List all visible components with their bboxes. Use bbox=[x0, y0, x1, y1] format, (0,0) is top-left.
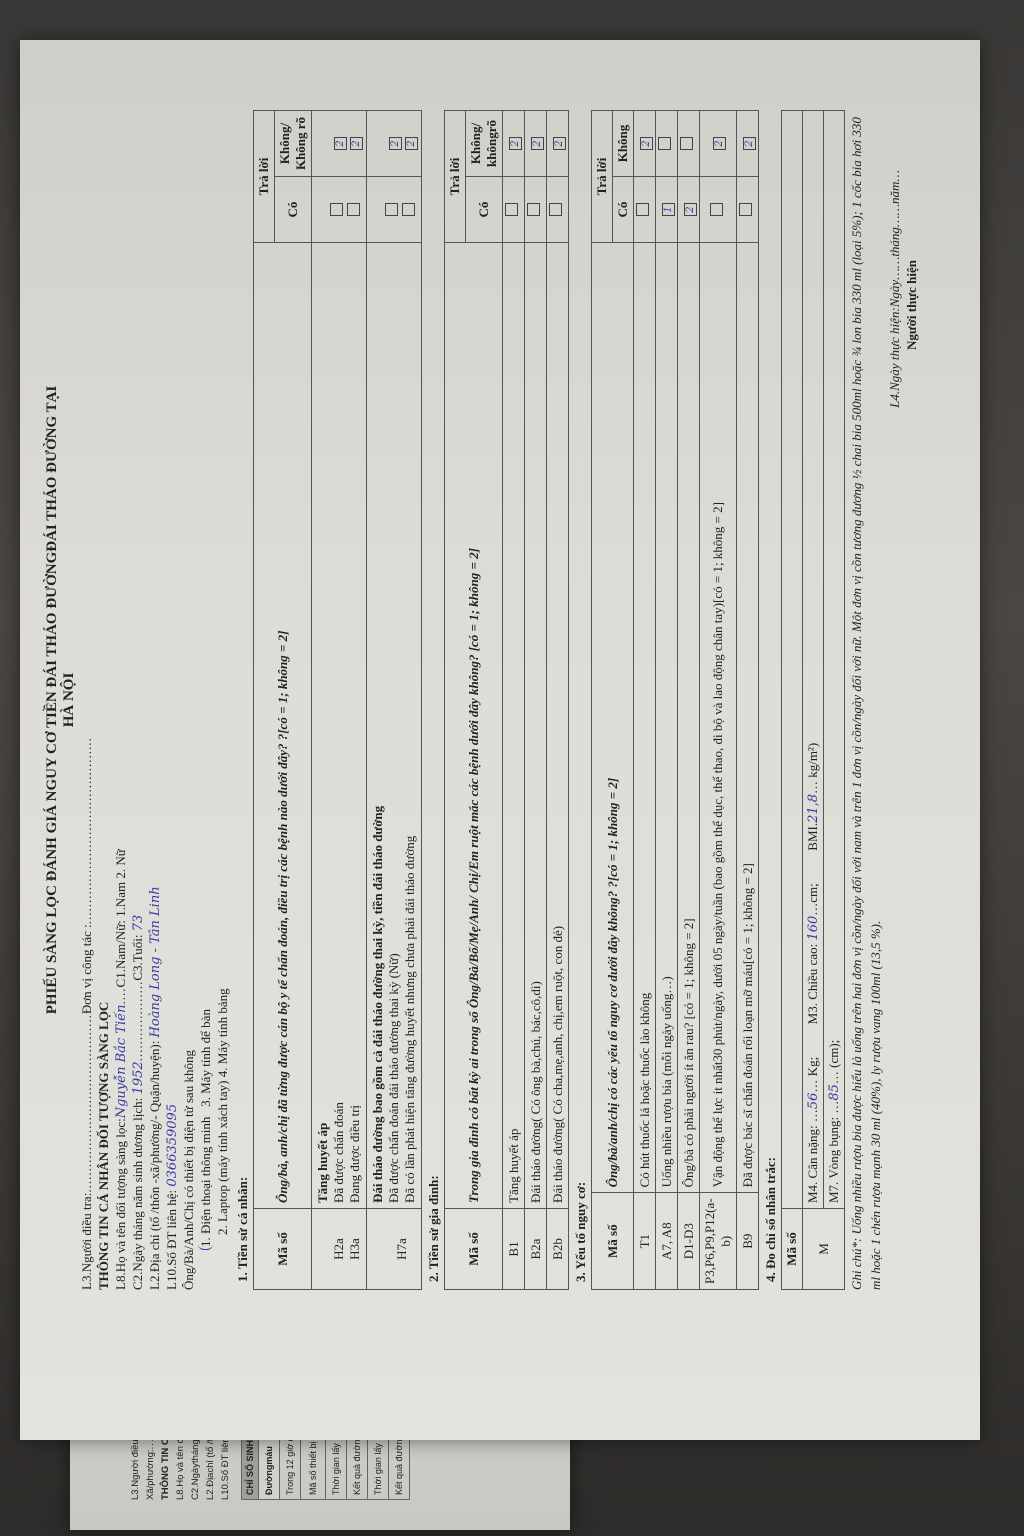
bmi-field[interactable]: 21,8 bbox=[806, 794, 821, 823]
device-option-laptop[interactable]: 2. Laptop (máy tính xách tay) bbox=[215, 1080, 230, 1235]
table-row: B2aĐái tháo đường( Có ông bà,chú, bác,cô… bbox=[525, 111, 547, 1290]
checkbox-no[interactable]: 2 bbox=[553, 137, 566, 150]
checkbox-yes[interactable]: 2 bbox=[684, 203, 697, 216]
c1-label: C1.Nam/Nữ: 1.Nam bbox=[113, 882, 128, 988]
l2-address-field[interactable]: Hoàng Long - Tân Linh bbox=[148, 886, 163, 1037]
checkbox-no[interactable]: 2 bbox=[405, 137, 418, 150]
table-row: H7a Đái tháo đường bao gồm cả đái tháo đ… bbox=[367, 111, 422, 1290]
table-row: A7, A8Uống nhiều rượu bia (mỗi ngày uống… bbox=[656, 111, 678, 1290]
weight-field[interactable]: 56 bbox=[806, 1093, 821, 1110]
device-option-tablet[interactable]: 4. Máy tính bảng bbox=[215, 988, 230, 1077]
device-option-desktop[interactable]: 3. Máy tính để bàn bbox=[198, 1009, 213, 1107]
xa-label: Xã/phường: bbox=[145, 1449, 156, 1500]
checkbox-yes[interactable] bbox=[385, 203, 398, 216]
checkbox-yes[interactable] bbox=[549, 203, 562, 216]
table-row: B9Đã được bác sĩ chẩn đoán rối loạn mỡ m… bbox=[737, 111, 759, 1290]
height-field[interactable]: 160 bbox=[806, 916, 821, 941]
table-row: D1-D3Ông/bà có phải người ít ăn rau? [có… bbox=[678, 111, 700, 1290]
checkbox-yes[interactable] bbox=[710, 203, 723, 216]
l8-label: L8.Họ và tên đối tượng sàng lọc: bbox=[113, 1118, 128, 1290]
don-vi-label: Đơn vị công tác : bbox=[79, 924, 94, 1014]
checkbox-no[interactable]: 2 bbox=[531, 137, 544, 150]
checkbox-no[interactable] bbox=[680, 137, 693, 150]
device-question: Ông/Bà/Anh/Chị có thiết bị điện tử sau k… bbox=[181, 110, 197, 1290]
c2-label: C2.Ngày tháng năm sinh dương lịch: bbox=[130, 1098, 145, 1290]
checkbox-yes[interactable] bbox=[402, 203, 415, 216]
l10-label: L10.Số ĐT liên hệ: bbox=[164, 1190, 179, 1290]
checkbox-yes[interactable] bbox=[636, 203, 649, 216]
l2-label: L2.Địa chỉ (tổ /thôn -xã/phường/- Quận/h… bbox=[147, 1041, 162, 1290]
form-title: PHIẾU SÀNG LỌC ĐÁNH GIÁ NGUY CƠ TIỀN ĐÁI… bbox=[44, 110, 61, 1290]
waist-field[interactable]: 85 bbox=[827, 1084, 842, 1101]
checkbox-no[interactable]: 2 bbox=[743, 137, 756, 150]
table-row: P3,P6,P9,P12(a-b)Vận động thể lực ít nhấ… bbox=[700, 111, 737, 1290]
risk-screening-form: PHIẾU SÀNG LỌC ĐÁNH GIÁ NGUY CƠ TIỀN ĐÁI… bbox=[20, 40, 980, 1440]
section-4-heading: 4. Đo chỉ số nhân trắc: bbox=[763, 110, 779, 1282]
c3-age-field[interactable]: 73 bbox=[131, 915, 146, 932]
note-text: Ghi chú*: Uống nhiều rượu bia được hiểu … bbox=[848, 110, 886, 1290]
table-row: H2aH3a Tăng huyết ápĐã được chẩn đoánĐan… bbox=[312, 111, 367, 1290]
risk-factor-table: Mã số Ông/bà/anh/chị có các yếu tố nguy … bbox=[591, 110, 759, 1290]
table-row: B2bĐái tháo đường( Có cha,mẹ,anh, chị,em… bbox=[547, 111, 569, 1290]
checkbox-no[interactable]: 2 bbox=[640, 137, 653, 150]
checkbox-no[interactable]: 2 bbox=[713, 137, 726, 150]
signer-title: Người thực hiện bbox=[904, 110, 920, 1290]
c3-label: C3.Tuổi: bbox=[130, 934, 145, 980]
checkbox-no[interactable]: 2 bbox=[389, 137, 402, 150]
section-3-heading: 3. Yếu tố nguy cơ: bbox=[573, 110, 589, 1282]
checkbox-no[interactable]: 2 bbox=[334, 137, 347, 150]
table-row: M M4. Cân nặng: …56… Kg; M3. Chiều cao: … bbox=[803, 111, 824, 1290]
checkbox-yes[interactable]: 1 bbox=[662, 203, 675, 216]
checkbox-no[interactable]: 2 bbox=[509, 137, 522, 150]
table-row: T1Có hút thuốc lá hoặc thuốc lào không2 bbox=[634, 111, 656, 1290]
c2-birth-field[interactable]: 1952 bbox=[131, 1061, 146, 1094]
l8-name-field[interactable]: Nguyễn Bắc Tiến bbox=[114, 1004, 129, 1118]
checkbox-yes[interactable] bbox=[739, 203, 752, 216]
table-row: B1Tăng huyết áp2 bbox=[503, 111, 525, 1290]
checkbox-no[interactable]: 2 bbox=[350, 137, 363, 150]
section-info-heading: THÔNG TIN CÁ NHÂN ĐỐI TƯỢNG SÀNG LỌC bbox=[96, 110, 112, 1290]
l4-date: L4.Ngày thực hiện:Ngày……tháng……năm… bbox=[887, 110, 903, 1290]
section-1-heading: 1. Tiền sử cá nhân: bbox=[235, 110, 251, 1282]
l3-label: L3.Người điều tra: bbox=[79, 1193, 94, 1290]
c1-option-female[interactable]: 2. Nữ bbox=[113, 849, 128, 878]
l10-phone-field[interactable]: 0366359095 bbox=[165, 1104, 180, 1187]
form-subtitle: HÀ NỘI bbox=[61, 110, 78, 1290]
device-option-smartphone[interactable]: 1. Điện thoại thông minh bbox=[198, 1117, 213, 1250]
checkbox-yes[interactable] bbox=[527, 203, 540, 216]
personal-history-table: Mã số Ông/bà, anh/chị đã từng được cán b… bbox=[253, 110, 422, 1290]
family-history-table: Mã số Trong gia đình có bất kỳ ai trong … bbox=[444, 110, 569, 1290]
section-2-heading: 2. Tiền sử gia đình: bbox=[426, 110, 442, 1282]
table-row: M7. Vòng bụng: …85… (cm); bbox=[824, 111, 845, 1290]
checkbox-yes[interactable] bbox=[505, 203, 518, 216]
anthropometric-table: Mã số M M4. Cân nặng: …56… Kg; M3. Chiều… bbox=[781, 110, 845, 1290]
checkbox-no[interactable] bbox=[658, 137, 671, 150]
checkbox-yes[interactable] bbox=[330, 203, 343, 216]
checkbox-yes[interactable] bbox=[347, 203, 360, 216]
